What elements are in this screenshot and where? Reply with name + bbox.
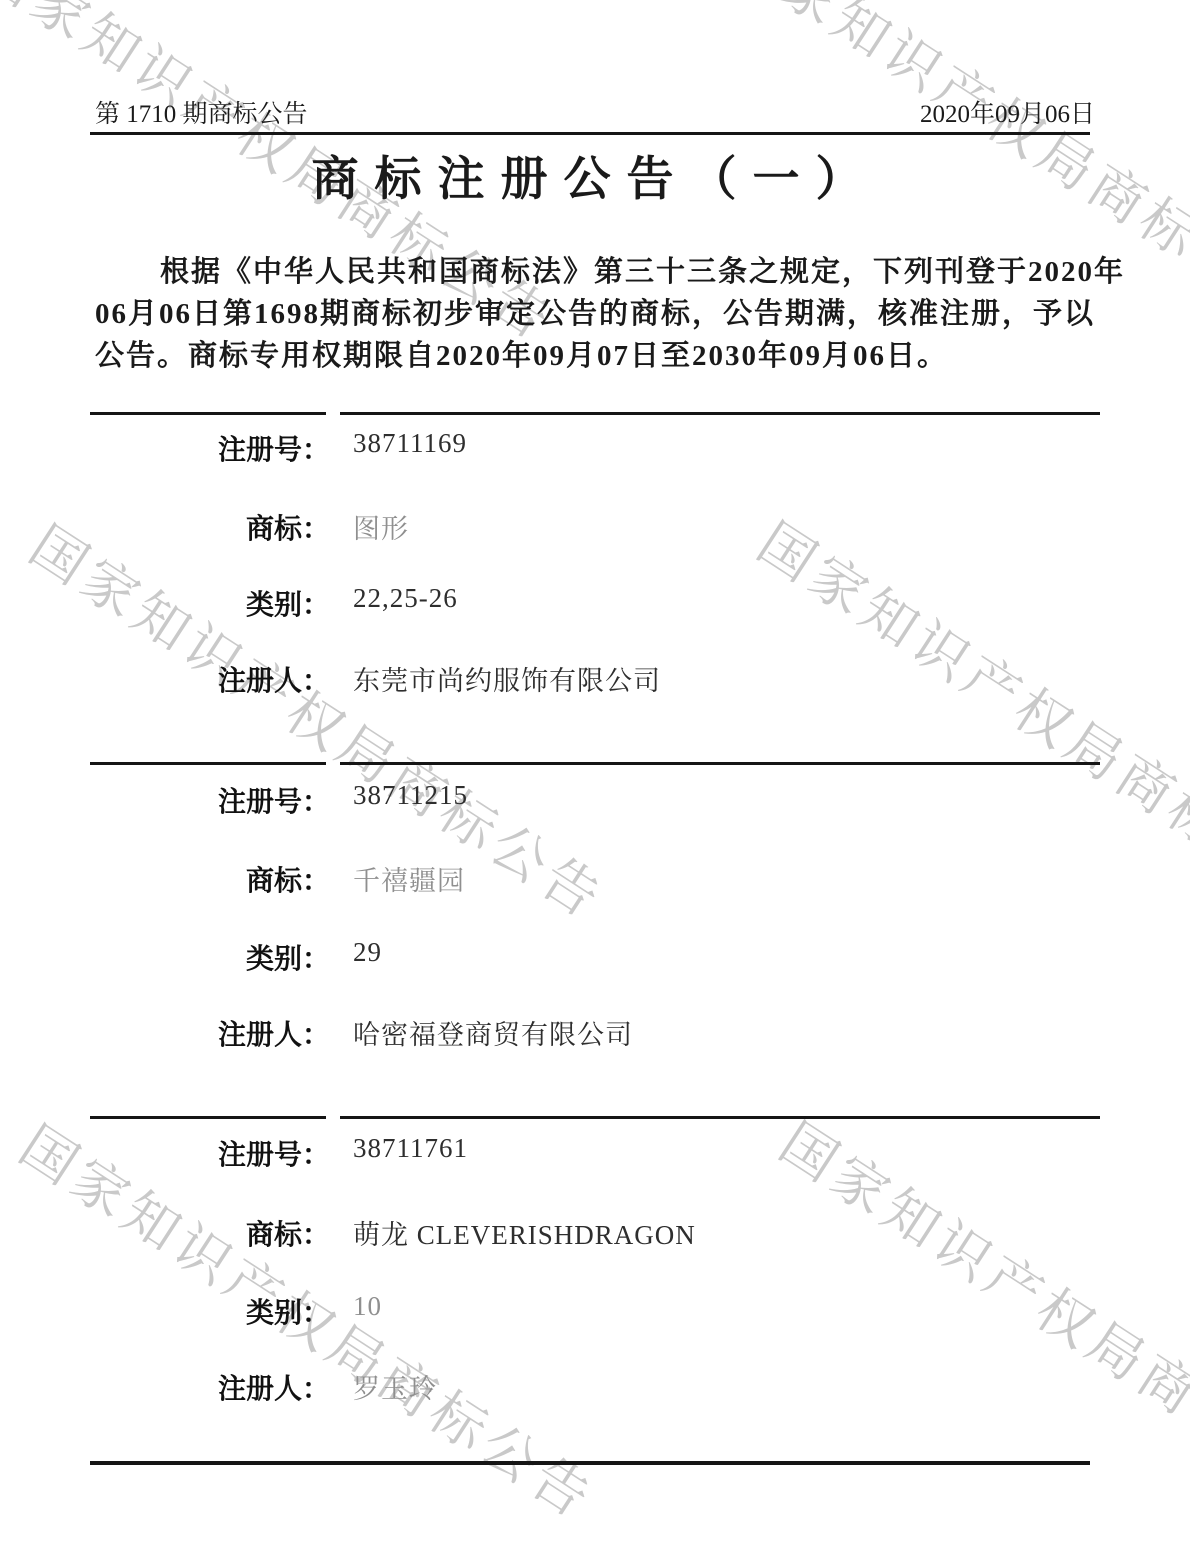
field-label: 类别： [90,583,330,623]
entry-separator [90,1116,326,1119]
page-date: 2020年09月06日 [920,94,1095,130]
field-value: 萌龙 CLEVERISHDRAGON [353,1213,696,1252]
issue-label: 第 1710 期商标公告 [95,94,308,130]
field-label: 注册号： [90,1133,330,1173]
field-label: 类别： [90,1291,330,1331]
field-row: 类别： 22,25-26 [0,583,1190,619]
field-label: 注册号： [90,428,330,468]
field-label: 商标： [90,859,330,899]
field-value: 图形 [353,507,409,546]
entry-separator [340,762,1100,765]
entry-separator [340,1116,1100,1119]
field-row: 注册人： 罗玉玲 [0,1367,1190,1403]
entry-separator [90,412,326,415]
field-label: 商标： [90,507,330,547]
field-value: 东莞市尚约服饰有限公司 [353,659,661,698]
field-value: 哈密福登商贸有限公司 [353,1013,633,1052]
field-value: 10 [353,1291,382,1322]
entry-separator [340,412,1100,415]
field-row: 商标： 萌龙 CLEVERISHDRAGON [0,1213,1190,1249]
intro-line: 公告。商标专用权期限自2020年09月07日至2030年09月06日。 [95,333,1095,374]
field-value: 38711169 [353,428,467,459]
intro-line: 06月06日第1698期商标初步审定公告的商标，公告期满，核准注册，予以 [95,291,1095,332]
field-label: 注册人： [90,1013,330,1053]
page-content: 第 1710 期商标公告 2020年09月06日 商标注册公告（一） 根据《中华… [0,0,1190,1564]
field-label: 类别： [90,937,330,977]
field-label: 注册人： [90,1367,330,1407]
field-row: 商标： 千禧疆园 [0,859,1190,895]
bottom-rule [90,1461,1090,1465]
gazette-page: 国家知识产权局商标公告 国家知识产权局商标公告 国家知识产权局商标公告 国家知识… [0,0,1190,1564]
field-row: 注册号： 38711169 [0,428,1190,464]
field-row: 注册号： 38711215 [0,780,1190,816]
field-row: 类别： 29 [0,937,1190,973]
field-row: 注册人： 哈密福登商贸有限公司 [0,1013,1190,1049]
page-title: 商标注册公告（一） [0,142,1190,209]
field-value: 22,25-26 [353,583,458,614]
intro-line: 根据《中华人民共和国商标法》第三十三条之规定，下列刊登于2020年 [95,249,1160,290]
field-label: 注册号： [90,780,330,820]
field-value: 38711761 [353,1133,468,1164]
field-value: 千禧疆园 [353,859,465,898]
field-value: 38711215 [353,780,468,811]
field-label: 商标： [90,1213,330,1253]
field-label: 注册人： [90,659,330,699]
field-value: 罗玉玲 [353,1367,437,1406]
field-row: 注册人： 东莞市尚约服饰有限公司 [0,659,1190,695]
field-row: 类别： 10 [0,1291,1190,1327]
header-rule [90,132,1090,135]
entry-separator [90,762,326,765]
field-row: 注册号： 38711761 [0,1133,1190,1169]
field-row: 商标： 图形 [0,507,1190,543]
field-value: 29 [353,937,382,968]
